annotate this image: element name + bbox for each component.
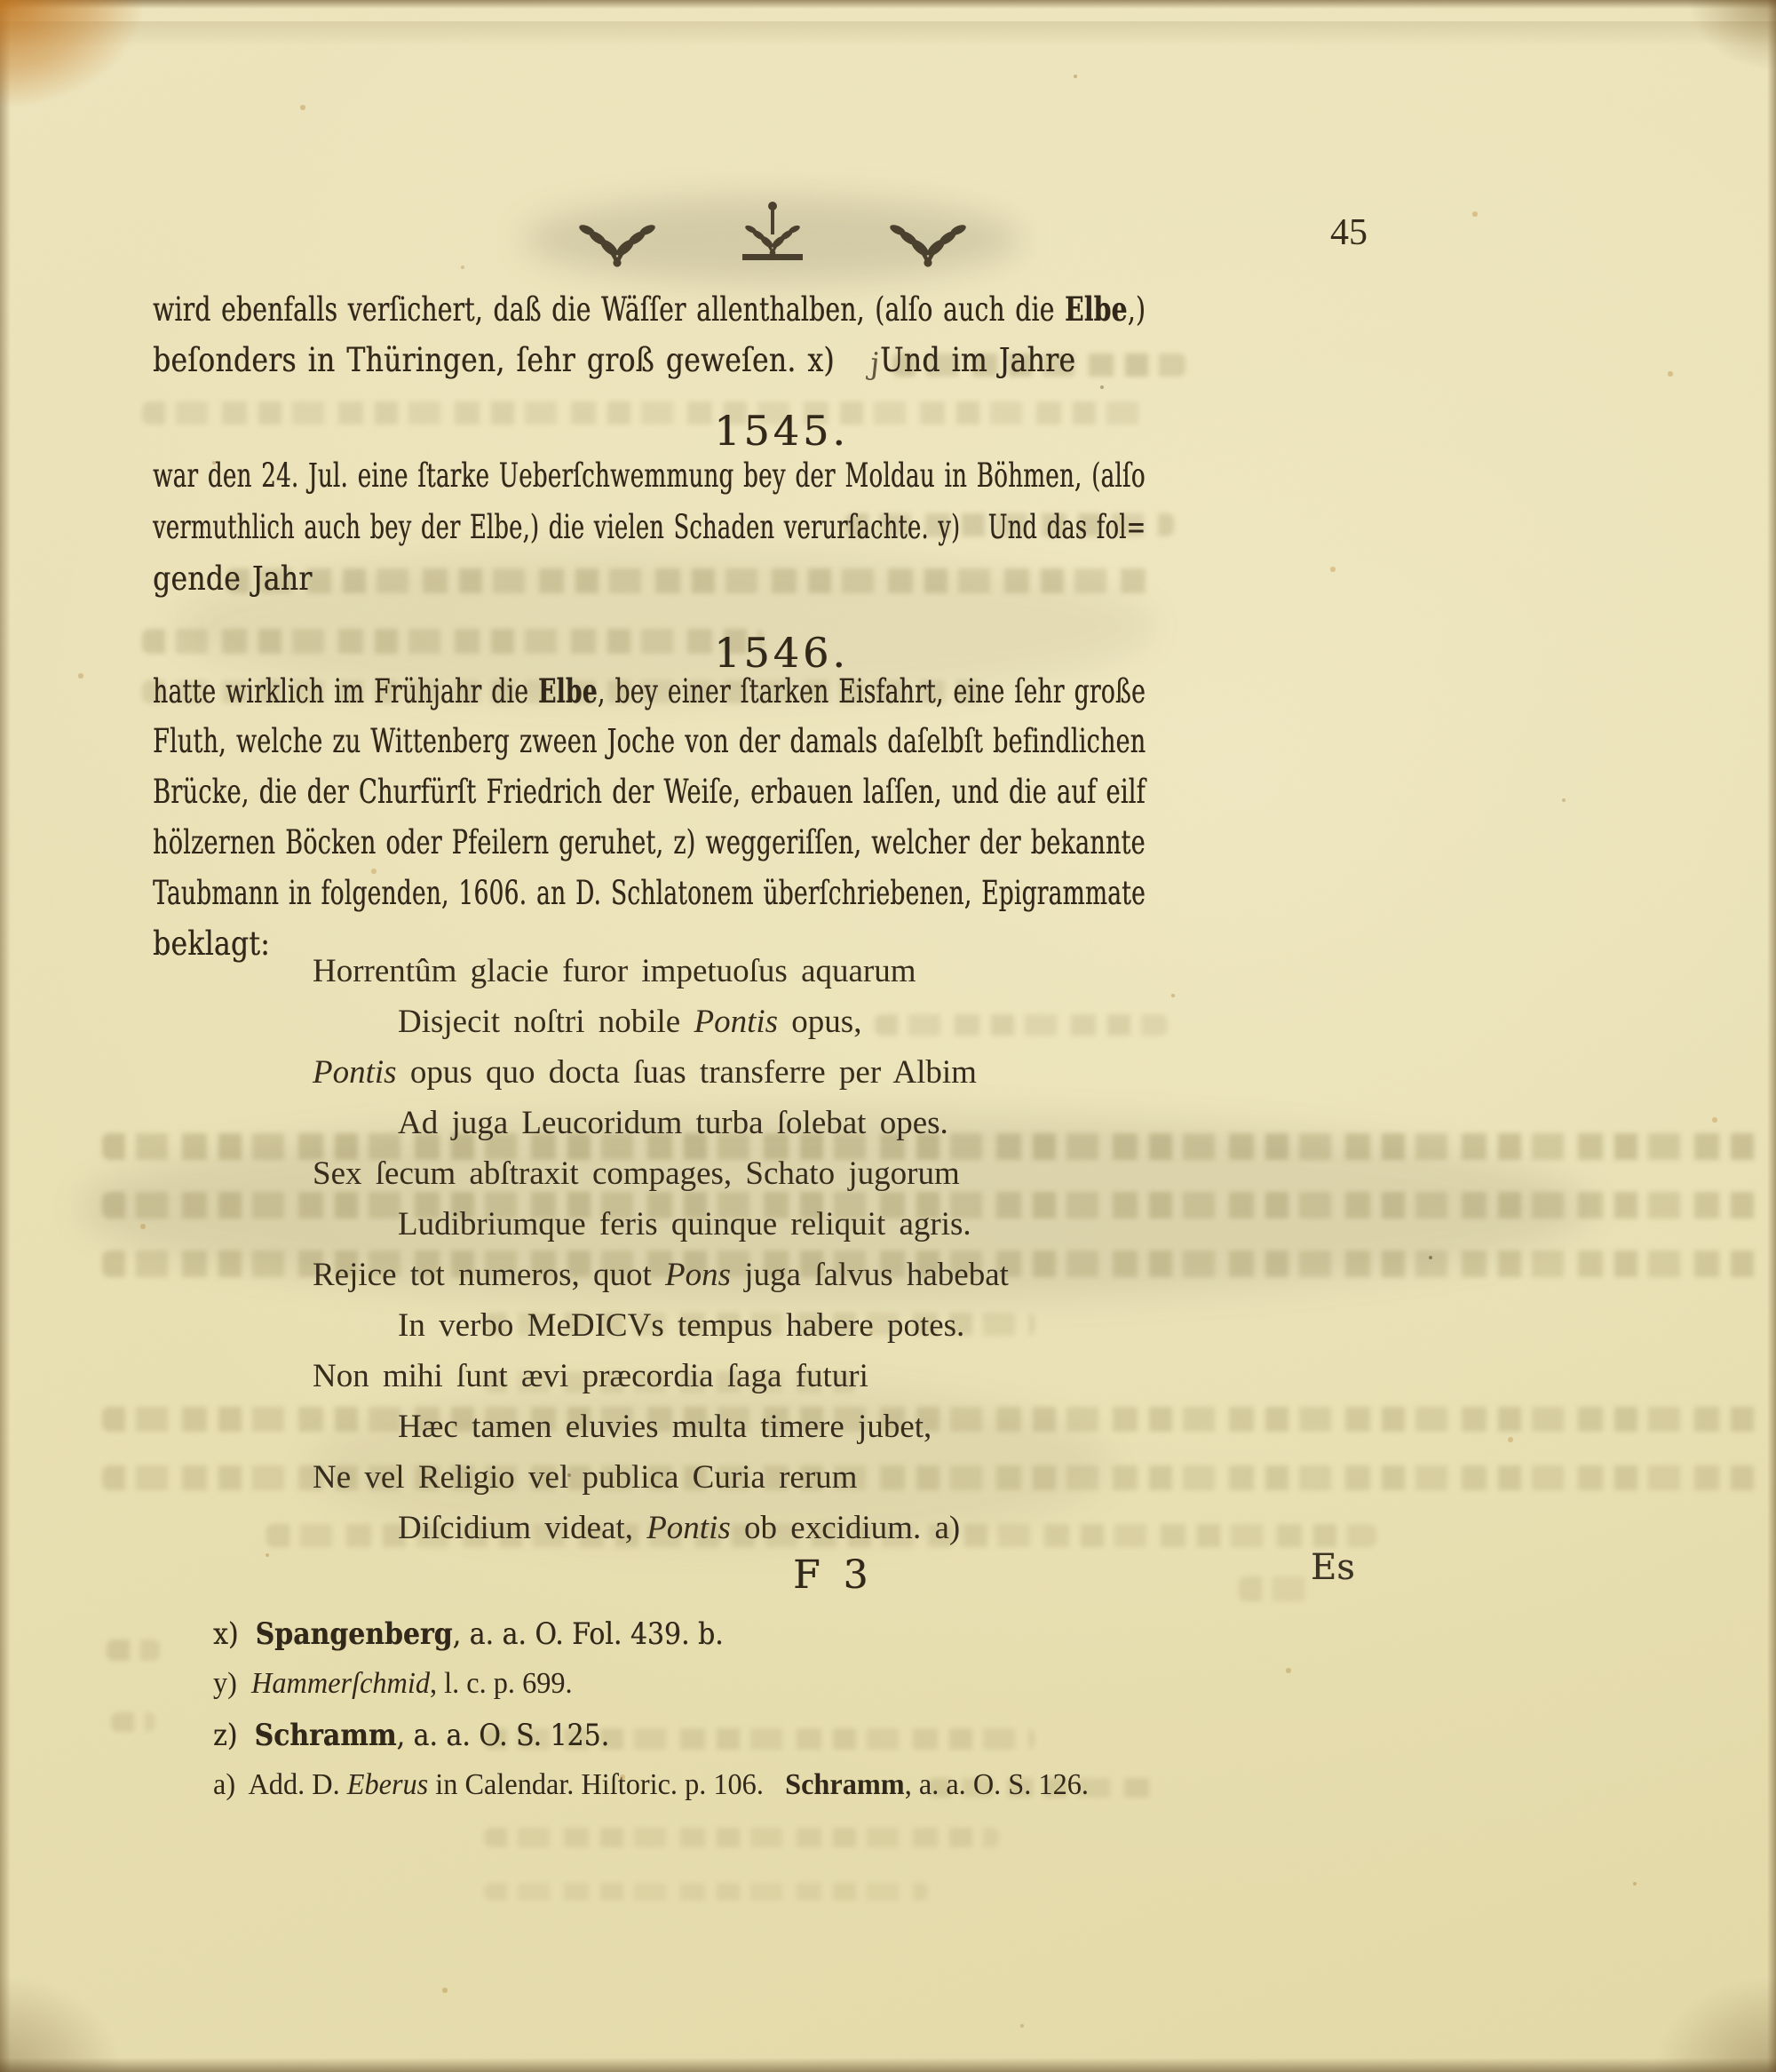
text-line: Fluth, welche zu Wittenberg zween Joche … [153, 722, 1146, 760]
footnote-y: y) Hammerſchmid, l. c. p. 699. [213, 1667, 573, 1701]
scanned-book-page: { "page_header": { "page_number": "45", … [0, 0, 1776, 2072]
signature-mark: F 3 [793, 1552, 874, 1598]
fleuron-right-icon [888, 223, 967, 267]
bleed-through-text [111, 1712, 155, 1732]
press-line [0, 21, 1776, 46]
page-edge-top [0, 0, 1776, 9]
page-number: 45 [1330, 211, 1368, 254]
poem-line: Hæc tamen eluvies multa timere jubet, [398, 1408, 932, 1446]
corner-shadow [0, 1974, 124, 2072]
poem-line: Rejice tot numeros, quot Pons juga ſalvu… [313, 1256, 1009, 1294]
fleuron-center-icon [742, 202, 803, 260]
footnote-z: z) Schramm, a. a. O. S. 125. [213, 1718, 609, 1753]
footnote-x: x) Spangenberg, a. a. O. Fol. 439. b. [213, 1616, 724, 1652]
bleed-through-text [484, 1828, 999, 1847]
poem-line: Horrentûm glacie furor impetuoſus aquaru… [313, 952, 916, 990]
poem-line: Non mihi ſunt ævi præcordia ſaga futuri [313, 1357, 868, 1395]
poem-line: Pontis opus quo docta ſuas transferre pe… [313, 1053, 977, 1092]
page-edge-bottom [0, 2058, 1776, 2072]
page-edge-left [0, 0, 11, 2072]
corner-shadow [1652, 1974, 1776, 2072]
text-line: Taubmann in folgenden, 1606. an D. Schla… [153, 874, 1146, 912]
year-heading-1545: 1545. [604, 407, 959, 455]
poem-line: Disjecit noſtri nobile Pontis opus, [398, 1003, 861, 1041]
fleuron-left-icon [577, 223, 656, 267]
text-line: war den 24. Jul. eine ſtarke Ueberſchwem… [153, 456, 1146, 495]
bleed-through-text [484, 1883, 928, 1901]
page-edge-right [1767, 0, 1776, 2072]
bleed-through-text [875, 1014, 1168, 1036]
text-line: gende Jahr [153, 560, 312, 598]
catchword: Es [1311, 1547, 1355, 1588]
footnote-label: y) [213, 1667, 251, 1700]
poem-line: Ad juga Leucoridum turba ſolebat opes. [398, 1104, 948, 1142]
poem-line: Diſcidium videat, Pontis ob excidium. a) [398, 1509, 960, 1547]
footnote-label: a) [213, 1768, 248, 1801]
corner-stain [0, 0, 142, 107]
year-heading-1546: 1546. [604, 629, 959, 677]
footnote-label: z) [213, 1718, 254, 1753]
text-line: wird ebenfalls verſichert, daß die Wäſſe… [153, 290, 1146, 329]
text-line: beſonders in Thüringen, ſehr groß geweſe… [153, 341, 1075, 379]
text-line: vermuthlich auch bey der Elbe,) die viel… [153, 508, 1146, 546]
bleed-through-text [1239, 1576, 1319, 1601]
footnote-a: a) Add. D. Eberus in Calendar. Hiſtoric.… [213, 1768, 1089, 1802]
poem-line: Ne vel Religio vel publica Curia rerum [313, 1458, 857, 1496]
header-ornament-row [533, 199, 1012, 278]
text-line: hatte wirklich im Frühjahr die Elbe, bey… [153, 671, 1146, 711]
text-line: beklagt: [153, 925, 270, 963]
poem-line: Ludibriumque feris quinque reliquit agri… [398, 1205, 971, 1243]
corner-shadow [1687, 0, 1776, 71]
poem-line: Sex ſecum abſtraxit compages, Schato jug… [313, 1155, 960, 1193]
bleed-through-text [226, 568, 1150, 593]
text-line: hölzernen Böcken oder Pfeilern geruhet, … [153, 823, 1146, 861]
text-line: Brücke, die der Churfürſt Friedrich der … [153, 773, 1146, 811]
footnote-label: x) [213, 1616, 256, 1652]
poem-line: In verbo MeDICVs tempus habere potes. [398, 1306, 964, 1345]
bleed-through-text [102, 1407, 1763, 1432]
bleed-through-text [107, 1639, 160, 1661]
